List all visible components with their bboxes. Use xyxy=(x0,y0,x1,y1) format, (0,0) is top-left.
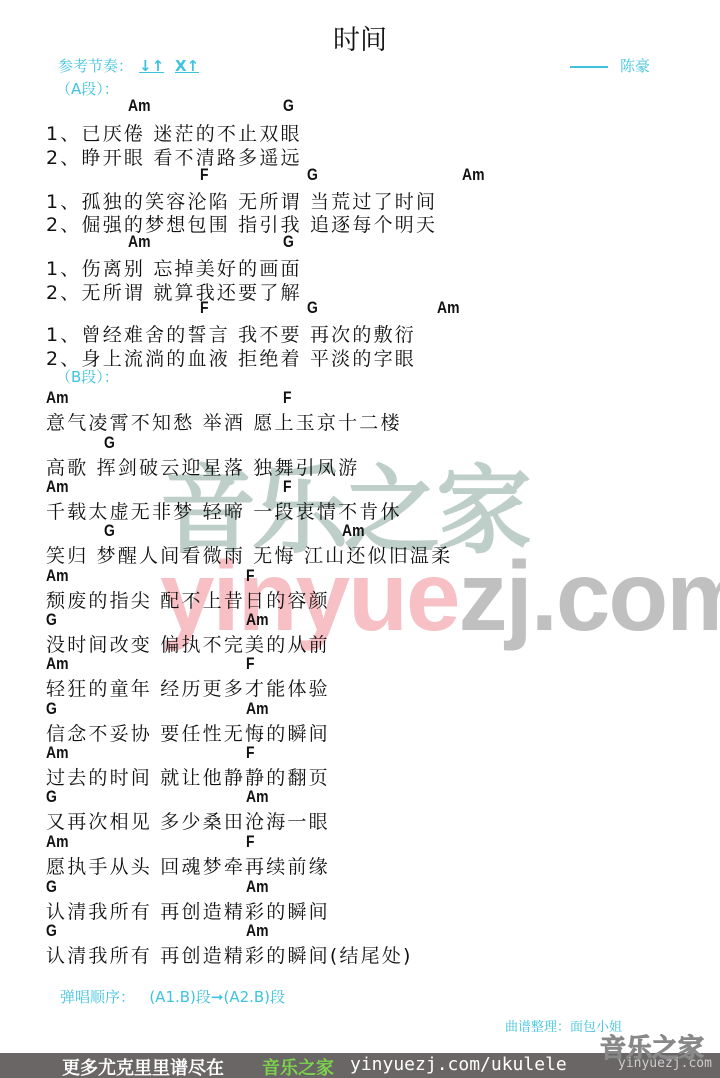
chord-label: F xyxy=(200,165,209,185)
lyric-line: 又再次相见 多少桑田沧海一眼 xyxy=(46,807,330,834)
reference-rhythm: 参考节奏：↓↑ X↑ xyxy=(58,55,199,76)
artist-credit: 陈豪 xyxy=(570,55,650,76)
lyric-line: 1、伤离别 忘掉美好的画面 xyxy=(46,254,302,281)
promo-brand: 音乐之家 xyxy=(262,1054,334,1078)
chord-label: G xyxy=(283,96,294,116)
chord-label: G xyxy=(46,699,57,719)
chord-label: Am xyxy=(246,787,268,807)
chord-label: F xyxy=(283,388,292,408)
chord-label: G xyxy=(104,521,115,541)
lyric-line: 愿执手从头 回魂梦牵再续前缘 xyxy=(46,852,330,879)
rhythm-mark-down-up: ↓↑ xyxy=(139,57,164,75)
lyric-line: 千载太虚无非梦 轻啼 一段衷情不肯休 xyxy=(46,497,402,524)
dash-divider xyxy=(570,66,608,68)
chord-label: Am xyxy=(128,96,150,116)
lyric-line: 1、曾经难舍的誓言 我不要 再次的敷衍 xyxy=(46,320,416,347)
chord-label: F xyxy=(246,832,255,852)
chord-label: G xyxy=(46,787,57,807)
chord-label: F xyxy=(283,477,292,497)
site-logo: 音乐之家 yinyuezj.com xyxy=(600,1028,715,1076)
play-order-value: (A1.B)段➞(A2.B)段 xyxy=(149,988,285,1006)
logo-url: yinyuezj.com xyxy=(618,1056,712,1071)
promo-url[interactable]: yinyuezj.com/ukulele xyxy=(350,1054,567,1075)
watermark-url-gray: zj.com xyxy=(458,541,720,651)
promo-text: 更多尤克里里谱尽在 xyxy=(62,1054,224,1078)
chord-label: Am xyxy=(437,298,459,318)
lyric-line: 2、倔强的梦想包围 指引我 追逐每个明天 xyxy=(46,210,437,237)
chord-label: F xyxy=(246,743,255,763)
chord-label: G xyxy=(46,610,57,630)
chord-label: Am xyxy=(246,921,268,941)
chord-label: G xyxy=(46,921,57,941)
rhythm-mark-x-up: X↑ xyxy=(175,57,199,75)
lyric-line: 没时间改变 偏执不完美的从前 xyxy=(46,630,330,657)
lyric-line: 2、身上流淌的血液 拒绝着 平淡的字眼 xyxy=(46,344,416,371)
lyric-line: 颓废的指尖 配不上昔日的容颜 xyxy=(46,586,330,613)
rhythm-label: 参考节奏： xyxy=(58,57,133,75)
lyric-line: 高歌 挥剑破云迎星落 独舞引凤游 xyxy=(46,453,359,480)
chord-label: Am xyxy=(46,832,68,852)
chord-label: G xyxy=(307,298,318,318)
chord-label: Am xyxy=(46,743,68,763)
chord-label: Am xyxy=(342,521,364,541)
chord-label: G xyxy=(104,433,115,453)
chord-label: F xyxy=(246,566,255,586)
chord-label: Am xyxy=(246,610,268,630)
chord-label: G xyxy=(46,877,57,897)
song-title: 时间 xyxy=(0,18,720,57)
lyric-line: 笑归 梦醒人间看微雨 无悔 江山还似旧温柔 xyxy=(46,541,452,568)
lyric-line: 轻狂的童年 经历更多才能体验 xyxy=(46,674,330,701)
lyric-line: 2、无所谓 就算我还要了解 xyxy=(46,278,302,305)
artist-name: 陈豪 xyxy=(620,57,650,75)
chord-label: G xyxy=(283,232,294,252)
chord-label: F xyxy=(200,298,209,318)
play-order-label: 弹唱顺序： xyxy=(60,988,135,1006)
lyric-line: 过去的时间 就让他静静的翻页 xyxy=(46,763,330,790)
lyric-line: 意气凌霄不知愁 举酒 愿上玉京十二楼 xyxy=(46,408,402,435)
chord-label: F xyxy=(246,654,255,674)
lyric-line: 认清我所有 再创造精彩的瞬间(结尾处) xyxy=(46,941,413,968)
chord-label: Am xyxy=(462,165,484,185)
lyric-line: 1、已厌倦 迷茫的不止双眼 xyxy=(46,119,302,146)
chord-label: Am xyxy=(246,877,268,897)
chord-label: Am xyxy=(46,388,68,408)
chord-label: Am xyxy=(46,566,68,586)
chord-label: Am xyxy=(46,654,68,674)
chord-label: G xyxy=(307,165,318,185)
lyric-line: 认清我所有 再创造精彩的瞬间 xyxy=(46,897,330,924)
chord-label: Am xyxy=(246,699,268,719)
section-a-label: （A段）： xyxy=(56,78,119,99)
chord-label: Am xyxy=(128,232,150,252)
lyric-line: 2、睁开眼 看不清路多遥远 xyxy=(46,143,302,170)
lyric-line: 信念不妥协 要任性无悔的瞬间 xyxy=(46,719,330,746)
chord-label: Am xyxy=(46,477,68,497)
play-order: 弹唱顺序： (A1.B)段➞(A2.B)段 xyxy=(60,986,285,1007)
